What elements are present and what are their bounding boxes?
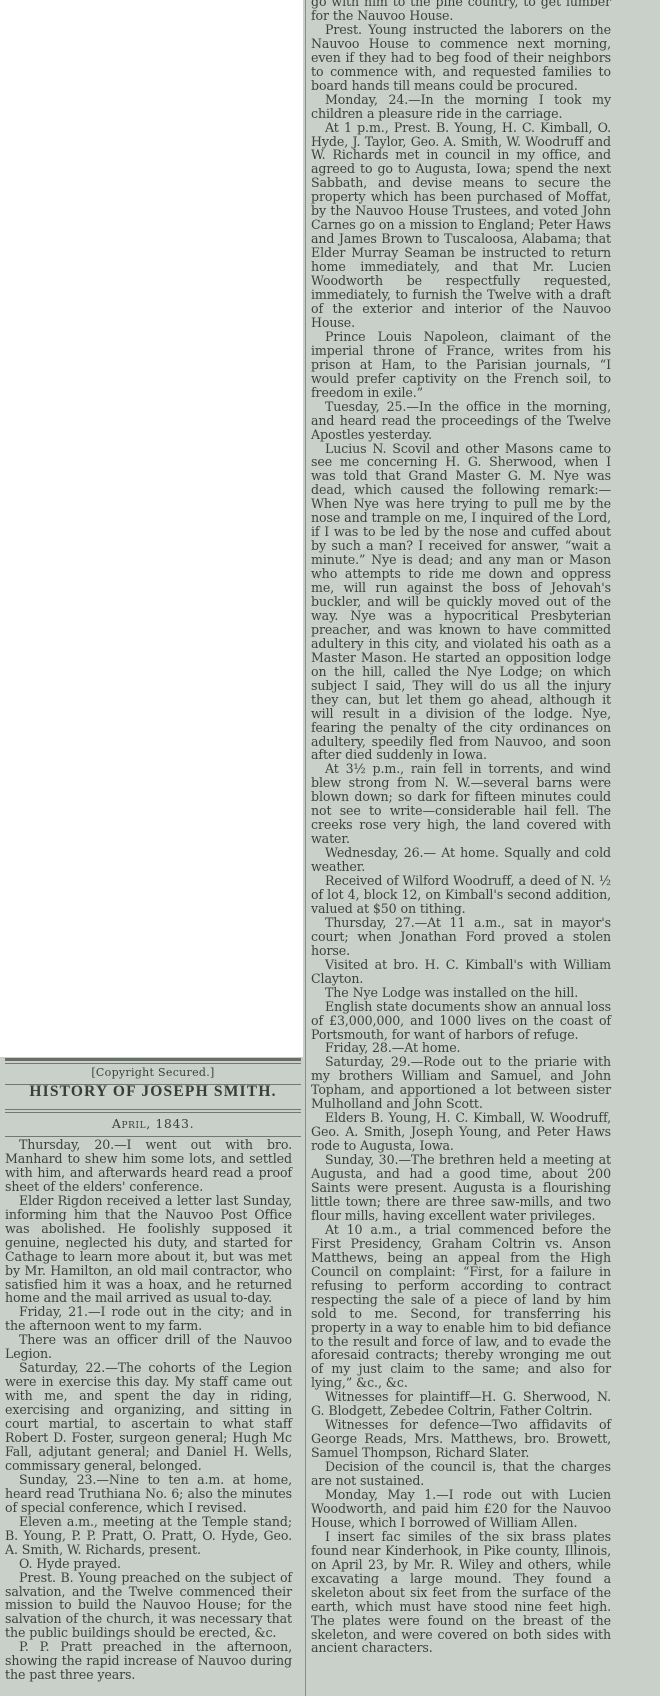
paragraph: Eleven a.m., meeting at the Temple stand… xyxy=(5,1515,292,1557)
right-column-text: go with him to the pine country, to get … xyxy=(311,0,611,1655)
paragraph: Thursday, 27.—At 11 a.m., sat in mayor's… xyxy=(311,916,611,958)
article-title: HISTORY OF JOSEPH SMITH. xyxy=(0,1083,306,1101)
paragraph: I insert fac similes of the six brass pl… xyxy=(311,1530,611,1656)
paragraph: Prest. B. Young preached on the subject … xyxy=(5,1571,292,1641)
paragraph: At 3½ p.m., rain fell in torrents, and w… xyxy=(311,762,611,846)
paragraph: Tuesday, 25.—In the office in the mornin… xyxy=(311,400,611,442)
paragraph: Saturday, 22.—The cohorts of the Legion … xyxy=(5,1361,292,1473)
title-rule-1 xyxy=(5,1109,301,1110)
paragraph: At 10 a.m., a trial commenced before the… xyxy=(311,1223,611,1390)
paragraph: Elders B. Young, H. C. Kimball, W. Woodr… xyxy=(311,1111,611,1153)
paragraph: Friday, 21.—I rode out in the city; and … xyxy=(5,1305,292,1333)
paragraph: Monday, 24.—In the morning I took my chi… xyxy=(311,93,611,121)
paragraph: Wednesday, 26.— At home. Squally and col… xyxy=(311,846,611,874)
paragraph: Sunday, 23.—Nine to ten a.m. at home, he… xyxy=(5,1473,292,1515)
paragraph: Witnesses for defence—Two affidavits of … xyxy=(311,1418,611,1460)
column-divider xyxy=(305,0,306,1696)
paragraph: Saturday, 29.—Rode out to the priarie wi… xyxy=(311,1055,611,1111)
paragraph: Visited at bro. H. C. Kimball's with Wil… xyxy=(311,958,611,986)
paragraph: P. P. Pratt preached in the afternoon, s… xyxy=(5,1640,292,1682)
title-rule-2 xyxy=(5,1112,301,1113)
paragraph: Friday, 28.—At home. xyxy=(311,1041,611,1055)
paragraph: O. Hyde prayed. xyxy=(5,1557,292,1571)
paragraph: Prest. Young instructed the laborers on … xyxy=(311,23,611,93)
paragraph: English state documents show an annual l… xyxy=(311,1000,611,1042)
paragraph: Sunday, 30.—The brethren held a meeting … xyxy=(311,1153,611,1223)
paragraph: Elder Rigdon received a letter last Sund… xyxy=(5,1194,292,1306)
paragraph: Lucius N. Scovil and other Masons came t… xyxy=(311,442,611,763)
paragraph: Monday, May 1.—I rode out with Lucien Wo… xyxy=(311,1488,611,1530)
paragraph: go with him to the pine country, to get … xyxy=(311,0,611,23)
paragraph: Thursday, 20.—I went out with bro. Manha… xyxy=(5,1138,292,1194)
copyright-notice: [Copyright Secured.] xyxy=(0,1066,306,1079)
paragraph: There was an officer drill of the Nauvoo… xyxy=(5,1333,292,1361)
paragraph: Prince Louis Napoleon, claimant of the i… xyxy=(311,330,611,400)
article-dateline: April, 1843. xyxy=(0,1116,306,1131)
paragraph: Received of Wilford Woodruff, a deed of … xyxy=(311,874,611,916)
paragraph: Witnesses for plaintiff—H. G. Sherwood, … xyxy=(311,1390,611,1418)
paragraph: At 1 p.m., Prest. B. Young, H. C. Kimbal… xyxy=(311,121,611,330)
paragraph: The Nye Lodge was installed on the hill. xyxy=(311,986,611,1000)
header-top-rule xyxy=(5,1058,301,1061)
left-column-text: Thursday, 20.—I went out with bro. Manha… xyxy=(5,1138,292,1682)
header-top-rule-thin xyxy=(5,1063,301,1064)
paragraph: Decision of the council is, that the cha… xyxy=(311,1460,611,1488)
